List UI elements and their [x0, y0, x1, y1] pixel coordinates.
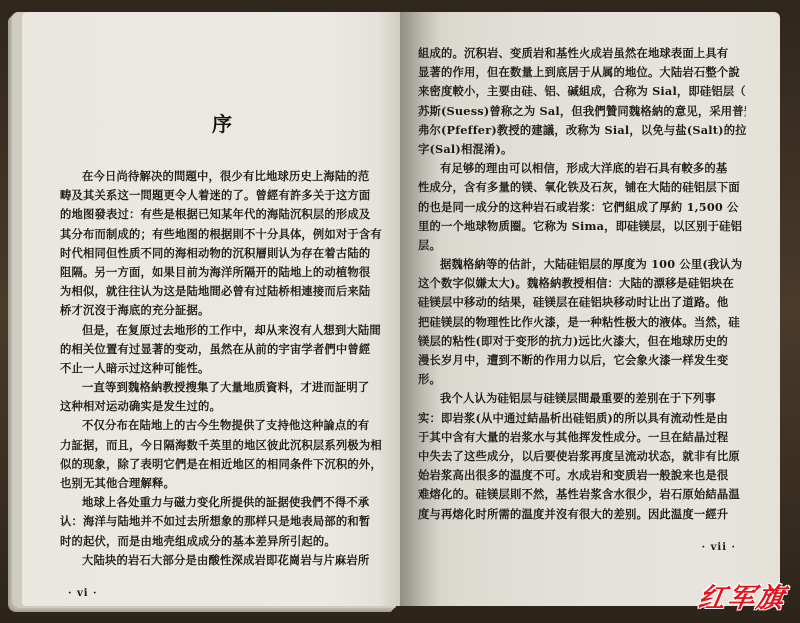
- text-line: 漫长岁月中，遭到不断的作用力以后，它会象火漆一样发生变: [418, 351, 746, 370]
- text-line: 把硅镁层的物理性比作火漆，是一种粘性极大的液体。当然，硅: [418, 313, 746, 332]
- text-line: 阻隔。另一方面，如果目前为海洋所隔开的陆地上的动植物很: [60, 263, 386, 282]
- text-line: 但是，在复原过去地形的工作中，却从来沒有人想到大陆間: [60, 321, 386, 340]
- text-line: 桥才沉沒于海底的充分証据。: [60, 301, 386, 320]
- text-line: 一直等到魏格納教授搜集了大量地质資料，才进而証明了: [60, 378, 386, 397]
- text-line: 硅镁层中移动的结果，硅镁层在硅铝块移动时让出了道路。他: [418, 293, 746, 312]
- text-line: 显著的作用，但在数量上到底居于从属的地位。大陆岩石整个說: [418, 63, 746, 82]
- right-page-text: 組成的。沉积岩、变质岩和基性火成岩虽然在地球表面上具有显著的作用，但在数量上到底…: [418, 44, 746, 524]
- left-page: ​ 序 在今日尚待解决的問題中，很少有比地球历史上海陆的范畴及其关系这一問題更令…: [22, 12, 400, 606]
- text-line: 的地图發表过：有些是根据已知某年代的海陆沉积层的形成及: [60, 205, 386, 224]
- page-number-left: · vi ·: [60, 588, 386, 599]
- text-line: 时的起伏，而是由地壳组成成分的基本差异所引起的。: [60, 532, 386, 551]
- text-line: 似的现象，除了表明它們是在相近地区的相同条件下沉积的外，: [60, 455, 386, 474]
- text-line: 的相关位置有过显著的变动，虽然在从前的宇宙学者們中曾經: [60, 340, 386, 359]
- text-line: 时代相同但性质不同的海相动物的沉积層則认为存在着古陆的: [60, 244, 386, 263]
- text-line: 镁层的粘性(即对于变形的抗力)远比火漆大，但在地球历史的: [418, 332, 746, 351]
- text-line: 的也是同一成分的这种岩石或岩浆：它們組成了厚約 1,500 公: [418, 198, 746, 217]
- text-line: 力証据，而且，今日隔海数千英里的地区彼此沉积层系列极为相: [60, 436, 386, 455]
- text-line: 据魏格納等的估計，大陆硅铝层的厚度为 100 公里(我认为: [418, 255, 746, 274]
- text-line: 为相似，就往往认为这是陆地間必曾有过陆桥相連接而后来陆: [60, 282, 386, 301]
- text-line: 有足够的理由可以相信，形成大洋底的岩石具有較多的基: [418, 159, 746, 178]
- text-line: 不仅分布在陆地上的古今生物提供了支持他这种論点的有: [60, 416, 386, 435]
- text-line: 里的一个地球物质圈。它称为 Sima，即硅镁层，以区别于硅铝: [418, 217, 746, 236]
- text-line: 度与再熔化时所需的温度并沒有很大的差别。因此温度一經升: [418, 505, 746, 524]
- text-line: 在今日尚待解决的問題中，很少有比地球历史上海陆的范: [60, 167, 386, 186]
- text-line: 地球上各处重力与磁力变化所提供的証据使我們不得不承: [60, 493, 386, 512]
- left-page-text: 在今日尚待解决的問題中，很少有比地球历史上海陆的范畴及其关系这一問題更令人着迷的…: [60, 167, 386, 570]
- text-line: 中失去了这些成分，以后要使岩浆再度呈流动状态，就非有比原: [418, 447, 746, 466]
- text-line: 这个数字似嫌太大)。魏格納教授相信：大陆的漂移是硅铝块在: [418, 274, 746, 293]
- text-line: 畴及其关系这一問題更令人着迷的了。曾經有許多关于这方面: [60, 186, 386, 205]
- text-line: 于其中含有大量的岩浆水与其他挥发性成分。一旦在結晶过程: [418, 428, 746, 447]
- text-line: 弗尔(Pfeffer)教授的建議，改称为 Sial，以免与盐(Salt)的拉丁: [418, 121, 746, 140]
- watermark-logo: 红军旗: [696, 576, 790, 615]
- page-number-right: · vii ·: [418, 542, 746, 553]
- text-line: 大陆块的岩石大部分是由酸性深成岩即花崗岩与片麻岩所: [60, 551, 386, 570]
- text-line: 层。: [418, 236, 746, 255]
- text-line: 来密度較小，主要由硅、铝、碱組成，合称为 Sial，即硅铝层（注：: [418, 82, 746, 101]
- text-line: 不止一人暗示过这种可能性。: [60, 359, 386, 378]
- text-line: 难熔化的。硅镁层則不然，基性岩浆含水很少，岩石原始結晶温: [418, 485, 746, 504]
- text-line: 形。: [418, 370, 746, 389]
- text-line: 实：即岩浆(从中通过結晶析出硅铝质)的所以具有流动性是由: [418, 409, 746, 428]
- text-line: 苏斯(Suess)曾称之为 Sal，但我們贊同魏格納的意见，采用普費: [418, 102, 746, 121]
- page-heading: 序: [60, 108, 386, 137]
- text-line: 这种相对运动确实是发生过的。: [60, 397, 386, 416]
- text-line: 始岩浆高出很多的温度不可。水成岩和变质岩一般說来也是很: [418, 466, 746, 485]
- text-line: 性成分，含有多量的镁、氧化铁及石灰，铺在大陆的硅铝层下面: [418, 178, 746, 197]
- text-line: 字(Sal)相混淆)。: [418, 140, 746, 159]
- text-line: 其分布而制成的；有些地图的根据則不十分具体，例如对于含有: [60, 225, 386, 244]
- text-line: 組成的。沉积岩、变质岩和基性火成岩虽然在地球表面上具有: [418, 44, 746, 63]
- right-page: 組成的。沉积岩、变质岩和基性火成岩虽然在地球表面上具有显著的作用，但在数量上到底…: [400, 12, 780, 606]
- text-line: 认：海洋与陆地并不如过去所想象的那样只是地表局部的和暂: [60, 512, 386, 531]
- text-line: 也别无其他合理解释。: [60, 474, 386, 493]
- text-line: 我个人认为硅铝层与硅镁层間最重要的差别在于下列事: [418, 389, 746, 408]
